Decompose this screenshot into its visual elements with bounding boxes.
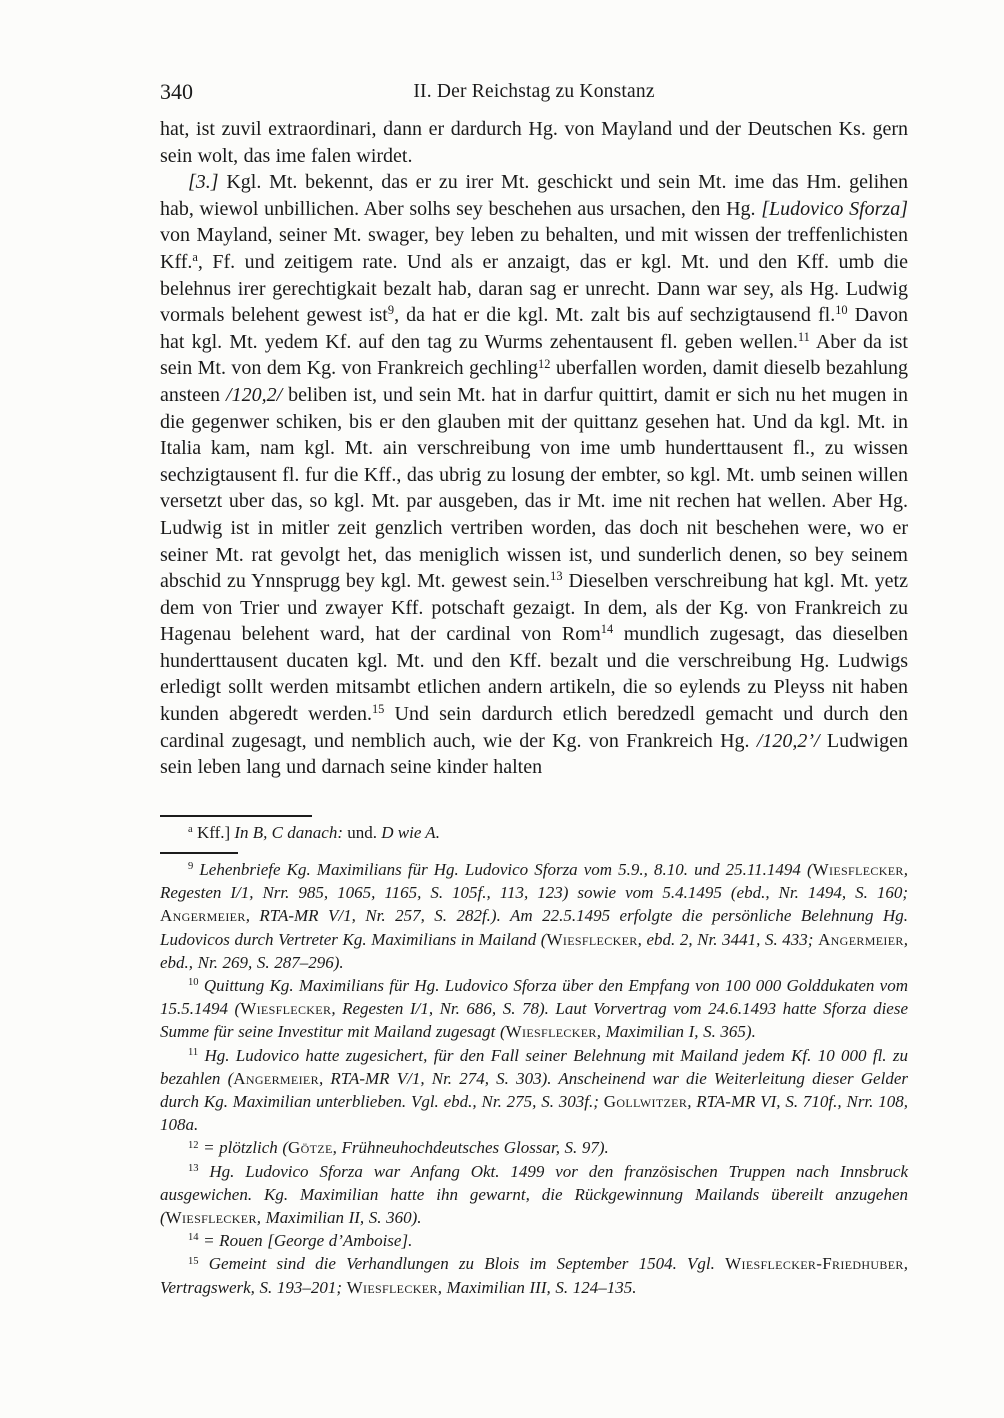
note-reference-mark: 15 (372, 702, 384, 716)
critical-apparatus: a Kff.] In B, C danach: und. D wie A. (160, 821, 908, 844)
book-page: 340 II. Der Reichstag zu Konstanz hat, i… (0, 0, 1004, 1418)
footnote: 12 = plötzlich (Götze, Frühneuhochdeutsc… (160, 1136, 908, 1159)
text-run: Wiesflecker (546, 930, 637, 949)
text-run: Wiesflecker-Friedhuber (725, 1254, 904, 1273)
text-run: , da hat er die kgl. Mt. zalt bis auf se… (394, 304, 835, 326)
note-reference-mark: 9 (388, 303, 394, 317)
text-run: und. (343, 823, 381, 842)
body-paragraph: [3.] Kgl. Mt. bekennt, das er zu irer Mt… (160, 169, 908, 781)
footnote: 15 Gemeint sind die Verhandlungen zu Blo… (160, 1252, 908, 1298)
note-reference-mark: 10 (835, 303, 847, 317)
note-reference-mark: a (192, 250, 198, 264)
apparatus-note: a Kff.] In B, C danach: und. D wie A. (160, 821, 908, 844)
apparatus-divider-rule (160, 815, 312, 817)
note-reference-mark: 12 (188, 1140, 199, 1151)
text-run: = plötzlich ( (199, 1138, 288, 1157)
note-reference-mark: 11 (798, 330, 810, 344)
footnote: 10 Quittung Kg. Maximilians für Hg. Ludo… (160, 974, 908, 1044)
text-run: [Ludovico Sforza] (761, 198, 908, 220)
text-run: = Rouen [George d’Amboise]. (199, 1231, 413, 1250)
text-run: , Frühneuhochdeutsches Glossar, S. 97). (333, 1138, 609, 1157)
text-run: Götze (288, 1138, 333, 1157)
text-run: In B, C danach: (234, 823, 343, 842)
note-reference-mark: 12 (538, 357, 550, 371)
running-header: 340 II. Der Reichstag zu Konstanz (160, 80, 908, 110)
text-run: Angermeier (818, 930, 904, 949)
note-reference-mark: 11 (188, 1047, 198, 1058)
text-run: Wiesflecker (166, 1208, 257, 1227)
footnote: 11 Hg. Ludovico hatte zugesichert, für d… (160, 1044, 908, 1137)
note-reference-mark: a (188, 824, 193, 835)
text-run: Angermeier (233, 1069, 319, 1088)
note-reference-mark: 14 (601, 622, 613, 636)
text-run: Angermeier (160, 906, 246, 925)
text-run: Gemeint sind die Verhandlungen zu Blois … (199, 1254, 726, 1273)
text-run: /120,2’/ (757, 730, 820, 752)
footnotes: 9 Lehenbriefe Kg. Maximilians für Hg. Lu… (160, 858, 908, 1299)
footnote-divider-rule (160, 852, 238, 854)
text-run: Kff.] (193, 823, 235, 842)
body-paragraph: hat, ist zuvil extraordinari, dann er da… (160, 116, 908, 169)
text-run: hat, ist zuvil extraordinari, dann er da… (160, 118, 908, 167)
text-run: Gollwitzer (604, 1092, 687, 1111)
note-reference-mark: 9 (188, 861, 193, 872)
footnote: 9 Lehenbriefe Kg. Maximilians für Hg. Lu… (160, 858, 908, 974)
running-head-title: II. Der Reichstag zu Konstanz (160, 80, 908, 104)
note-reference-mark: 10 (188, 977, 199, 988)
footnote: 13 Hg. Ludovico Sforza war Anfang Okt. 1… (160, 1160, 908, 1230)
text-run: , Maximilian III, S. 124–135. (438, 1278, 637, 1297)
text-run: Wiesflecker (347, 1278, 438, 1297)
text-run: Wiesflecker (240, 999, 331, 1018)
note-reference-mark: 13 (188, 1163, 199, 1174)
text-run: Lehenbriefe Kg. Maximilians für Hg. Ludo… (193, 860, 812, 879)
text-run: [3.] (188, 171, 226, 193)
main-body-text: hat, ist zuvil extraordinari, dann er da… (160, 116, 908, 781)
text-run: , ebd. 2, Nr. 3441, S. 433; (638, 930, 818, 949)
text-run: Wiesflecker (813, 860, 904, 879)
note-reference-mark: 14 (188, 1232, 199, 1243)
text-run: , Maximilian I, S. 365). (597, 1022, 756, 1041)
text-run: D wie A. (381, 823, 440, 842)
text-run: , Maximilian II, S. 360). (257, 1208, 422, 1227)
footnote: 14 = Rouen [George d’Amboise]. (160, 1229, 908, 1252)
text-run: beliben ist, und sein Mt. hat in darfur … (160, 384, 908, 592)
page-number: 340 (160, 80, 193, 104)
text-run: /120,2/ (226, 384, 282, 406)
note-reference-mark: 13 (550, 569, 562, 583)
text-run: Wiesflecker (506, 1022, 597, 1041)
note-reference-mark: 15 (188, 1256, 199, 1267)
